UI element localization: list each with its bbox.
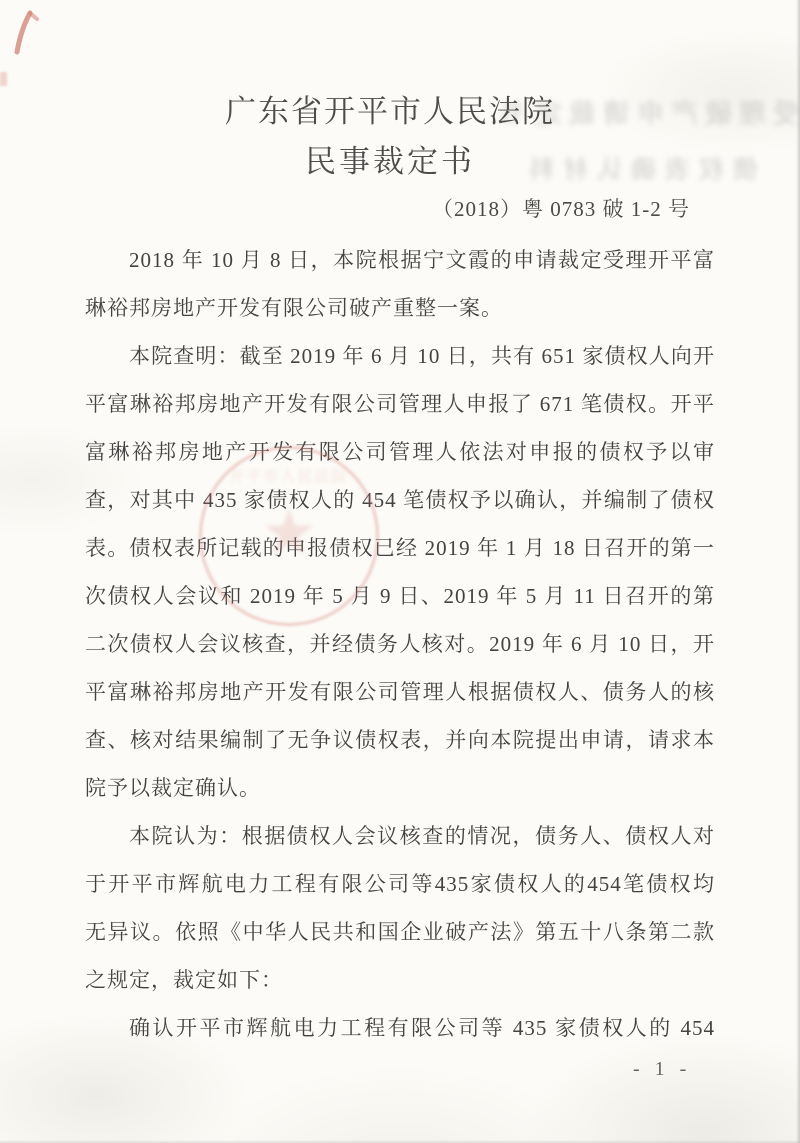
body-text-line: 院予以裁定确认。 bbox=[85, 764, 715, 812]
scanned-document-page: 受理破产申请裁定书 债权表确认材料 广东省开平市人民法院 民事裁定书 （2018… bbox=[0, 0, 800, 1143]
body-text-line: 查、核对结果编制了无争议债权表，并向本院提出申请，请求本 bbox=[85, 716, 715, 764]
red-ink-speck bbox=[0, 72, 7, 86]
body-text-line: 2018 年 10 月 8 日，本院根据宁文霞的申请裁定受理开平富 bbox=[85, 236, 715, 284]
document-body: 2018 年 10 月 8 日，本院根据宁文霞的申请裁定受理开平富琳裕邦房地产开… bbox=[85, 236, 715, 1052]
page-number: - 1 - bbox=[633, 1058, 691, 1081]
body-text-line: 平富琳裕邦房地产开发有限公司管理人根据债权人、债务人的核 bbox=[85, 668, 715, 716]
body-text-line: 本院查明：截至 2019 年 6 月 10 日，共有 651 家债权人向开 bbox=[85, 332, 715, 380]
document-type-title: 民事裁定书 bbox=[0, 136, 780, 181]
body-text-line: 无异议。依照《中华人民共和国企业破产法》第五十八条第二款 bbox=[85, 908, 715, 956]
body-text-line: 次债权人会议和 2019 年 5 月 9 日、2019 年 5 月 11 日召开… bbox=[85, 572, 715, 620]
body-text-line: 之规定，裁定如下： bbox=[85, 956, 715, 1004]
case-number: （2018）粤 0783 破 1-2 号 bbox=[432, 193, 690, 223]
body-text-line: 富琳裕邦房地产开发有限公司管理人依法对申报的债权予以审 bbox=[85, 428, 715, 476]
body-text-line: 确认开平市辉航电力工程有限公司等 435 家债权人的 454 bbox=[85, 1004, 715, 1052]
body-text-line: 查，对其中 435 家债权人的 454 笔债权予以确认，并编制了债权 bbox=[85, 476, 715, 524]
body-text-line: 平富琳裕邦房地产开发有限公司管理人申报了 671 笔债权。开平 bbox=[85, 380, 715, 428]
body-text-line: 表。债权表所记载的申报债权已经 2019 年 1 月 18 日召开的第一 bbox=[85, 524, 715, 572]
red-pen-mark bbox=[6, 8, 50, 64]
body-text-line: 本院认为：根据债权人会议核查的情况，债务人、债权人对 bbox=[85, 812, 715, 860]
body-text-line: 琳裕邦房地产开发有限公司破产重整一案。 bbox=[85, 284, 715, 332]
court-name-title: 广东省开平市人民法院 bbox=[0, 86, 780, 131]
scan-edge-shadow-right bbox=[796, 0, 800, 1143]
body-text-line: 于开平市辉航电力工程有限公司等435家债权人的454笔债权均 bbox=[85, 860, 715, 908]
body-text-line: 二次债权人会议核查，并经债务人核对。2019 年 6 月 10 日，开 bbox=[85, 620, 715, 668]
